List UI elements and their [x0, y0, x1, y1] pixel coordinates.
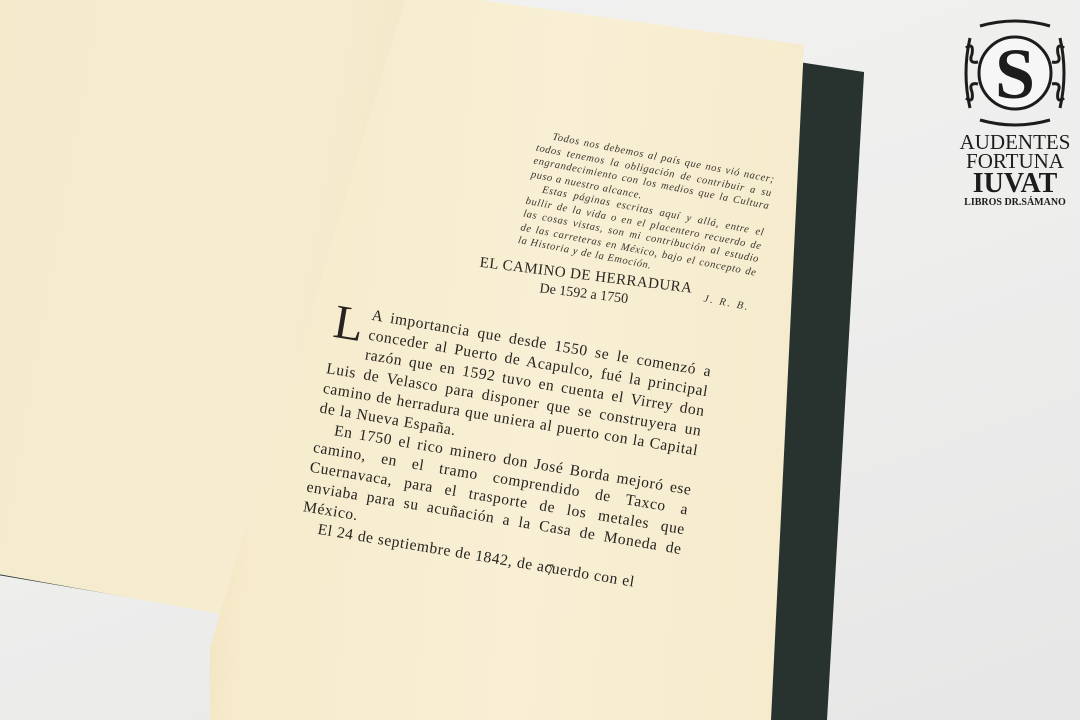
page-number: 7	[546, 562, 554, 580]
logo-text-brand: LIBROS DR.SÁMANO	[955, 197, 1075, 209]
logo-text-iuvat: IUVAT	[955, 171, 1075, 197]
page-text: Todos nos debemos al país que nos vió na…	[0, 0, 1080, 720]
watermark-logo: S AUDENTES FORTUNA IUVAT LIBROS DR.SÁMAN…	[955, 18, 1075, 209]
photo-scene: Todos nos debemos al país que nos vió na…	[0, 0, 1080, 720]
body-text: LA importancia que desde 1550 se le come…	[298, 300, 712, 599]
drop-cap: L	[331, 302, 367, 346]
monogram-s-icon: S	[960, 18, 1070, 128]
svg-text:S: S	[995, 34, 1035, 114]
